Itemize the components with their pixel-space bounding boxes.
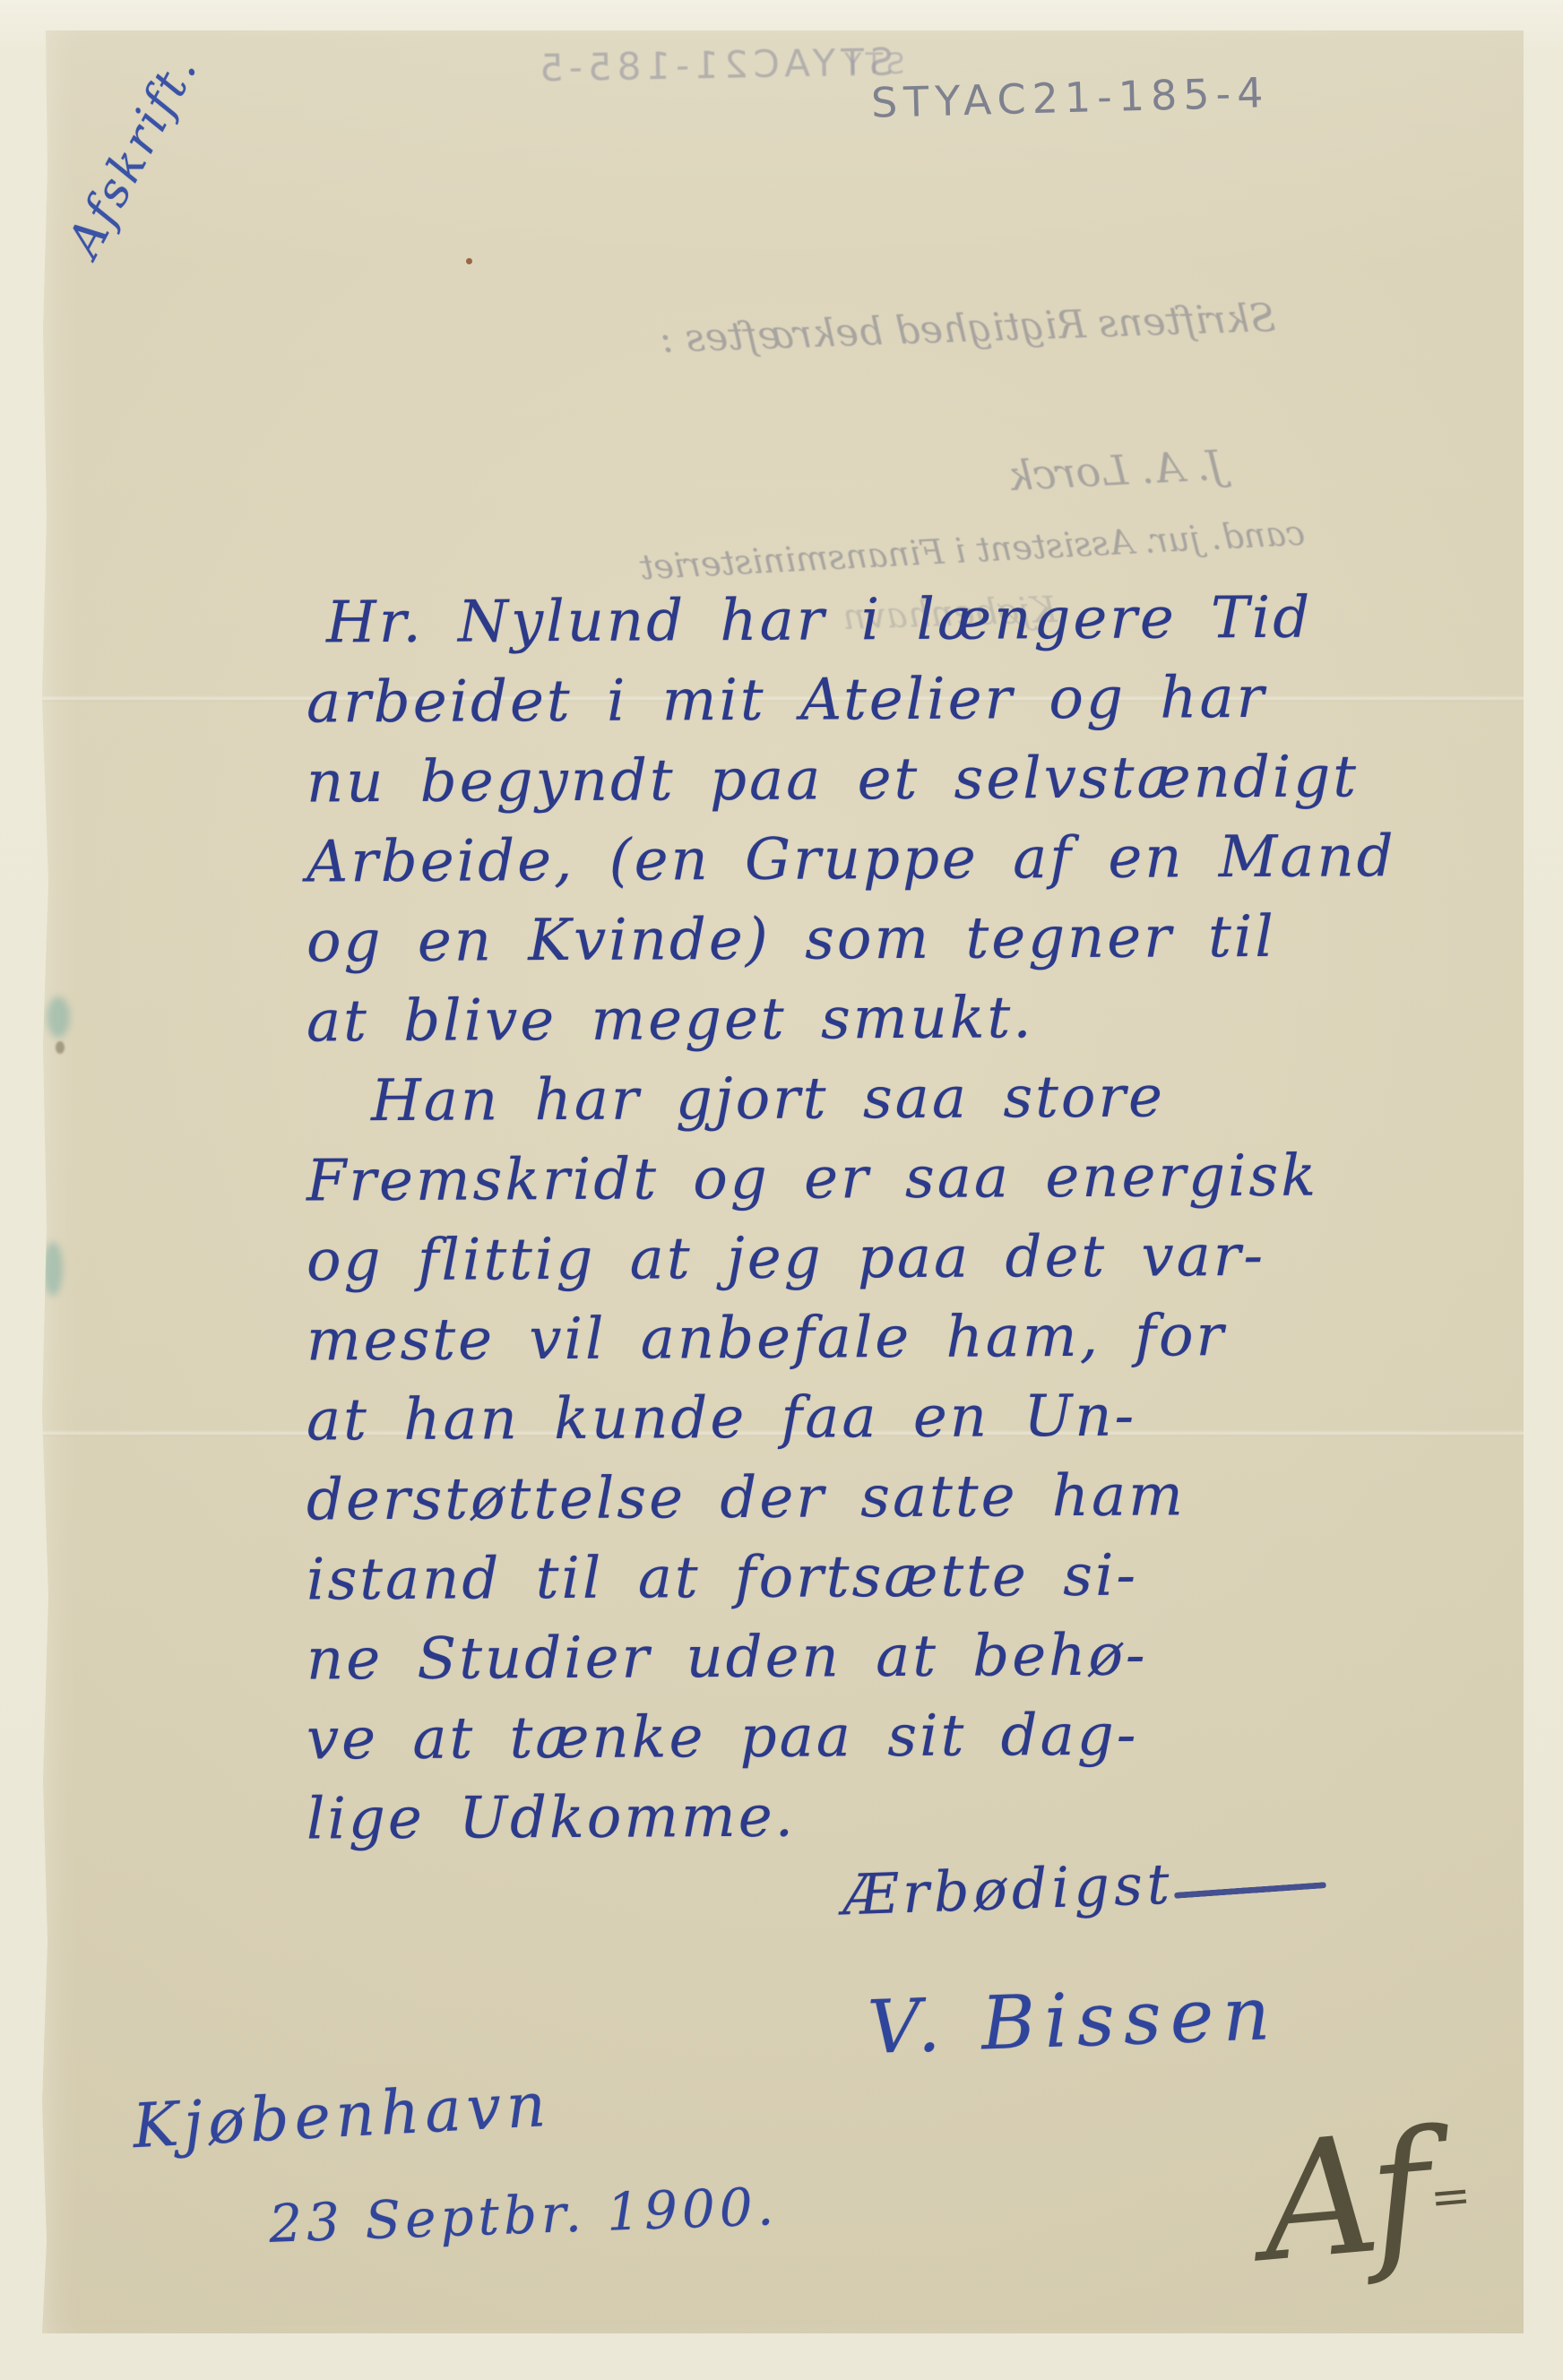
letter-line: og flittig at jeg paa det var- bbox=[307, 1216, 1498, 1302]
monogram-suffix: = bbox=[1428, 2167, 1473, 2227]
letter-scan: Afskrift. STYAC21-185-5 STY STYAC21-185-… bbox=[0, 0, 1563, 2380]
letter-closing: Ærbødigst bbox=[842, 1851, 1175, 1928]
letter-line: derstøttelse der satte ham bbox=[307, 1455, 1498, 1541]
paper-speck bbox=[466, 258, 472, 264]
letter-line: og en Kvinde) som tegner til bbox=[307, 897, 1498, 983]
bleedthrough-archive-ref-fragment: STY bbox=[841, 47, 904, 81]
letter-line: nu begyndt paa et selvstændigt bbox=[307, 737, 1498, 824]
letter-line: meste vil anbefale ham, for bbox=[307, 1296, 1498, 1382]
letter-line: ne Studier uden at behø- bbox=[307, 1615, 1498, 1701]
letter-line: arbeidet i mit Atelier og har bbox=[307, 658, 1498, 744]
letter-line: at blive meget smukt. bbox=[307, 977, 1498, 1063]
letter-line: Arbeide, (en Gruppe af en Mand bbox=[307, 817, 1498, 903]
teal-stain bbox=[43, 1242, 63, 1296]
letter-line: Fremskridt og er saa energisk bbox=[307, 1136, 1498, 1222]
letter-line: ve at tænke paa sit dag- bbox=[307, 1694, 1498, 1781]
monogram-letters: Af bbox=[1254, 2097, 1432, 2298]
letter-line: Han har gjort saa store bbox=[307, 1056, 1498, 1143]
letter-signature: V. Bissen bbox=[866, 1971, 1280, 2071]
letter-body: Hr. Nylund har i længere Tid arbeidet i … bbox=[307, 581, 1498, 1857]
bleedthrough-archive-ref: STYAC21-185-5 bbox=[534, 40, 894, 91]
archivist-monogram: Af= bbox=[1254, 2094, 1472, 2298]
letter-line: istand til at fortsætte si- bbox=[307, 1535, 1498, 1621]
letter-line: lige Udkomme. bbox=[307, 1774, 1498, 1860]
letter-line: Hr. Nylund har i længere Tid bbox=[307, 578, 1498, 664]
letter-line: at han kunde faa en Un- bbox=[307, 1375, 1498, 1462]
paper-edge-chip bbox=[56, 1041, 65, 1054]
teal-stain bbox=[47, 996, 70, 1038]
